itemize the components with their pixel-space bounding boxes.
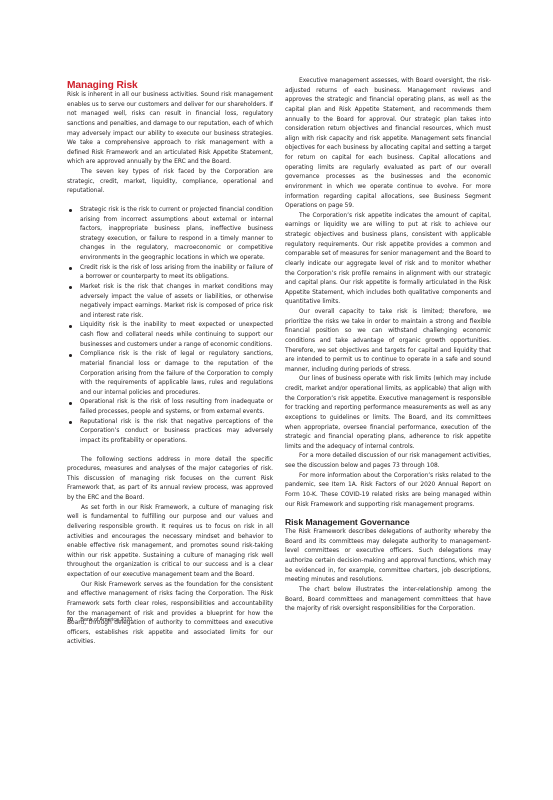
paragraph-framework: Our Risk Framework serves as the foundat…	[67, 581, 273, 648]
paragraph-governance: The Risk Framework describes delegations…	[285, 528, 491, 586]
paragraph-detailed: For a more detailed discussion of our ri…	[285, 452, 491, 471]
right-column: Executive management assesses, with Boar…	[285, 77, 491, 615]
paragraph-capacity: Our overall capacity to take risk is lim…	[285, 308, 491, 375]
paragraph-culture: As set forth in our Risk Framework, a cu…	[67, 504, 273, 581]
list-item-credit-risk: Credit risk is the risk of loss arising …	[67, 264, 273, 283]
list-item-liquidity-risk: Liquidity risk is the inability to meet …	[67, 321, 273, 350]
paragraph-executive: Executive management assesses, with Boar…	[285, 77, 491, 212]
list-item-reputational-risk: Reputational risk is the risk that negat…	[67, 418, 273, 447]
section-title-managing-risk: Managing Risk	[67, 80, 273, 91]
paragraph-appetite: The Corporation’s risk appetite indicate…	[285, 212, 491, 308]
list-item-market-risk: Market risk is the risk that changes in …	[67, 283, 273, 322]
risk-types-list: Strategic risk is the risk to current or…	[67, 206, 273, 447]
publication-name: Bank of America 2020	[80, 617, 132, 623]
list-item-operational-risk: Operational risk is the risk of loss res…	[67, 398, 273, 417]
list-item-compliance-risk: Compliance risk is the risk of legal or …	[67, 350, 273, 398]
paragraph-lines: Our lines of business operate with risk …	[285, 375, 491, 452]
paragraph-chart-below: The chart below illustrates the inter-re…	[285, 586, 491, 615]
page-number: 70	[67, 617, 73, 623]
paragraph-covid: For more information about the Corporati…	[285, 472, 491, 511]
page-footer: 70 Bank of America 2020	[67, 617, 132, 623]
paragraph-seven-types: The seven key types of risk faced by the…	[67, 168, 273, 197]
left-column: Managing Risk Risk is inherent in all ou…	[67, 80, 273, 648]
paragraph-intro: Risk is inherent in all our business act…	[67, 91, 273, 168]
paragraph-following-sections: The following sections address in more d…	[67, 456, 273, 504]
section-title-governance: Risk Management Governance	[285, 517, 491, 527]
list-item-strategic-risk: Strategic risk is the risk to current or…	[67, 206, 273, 264]
